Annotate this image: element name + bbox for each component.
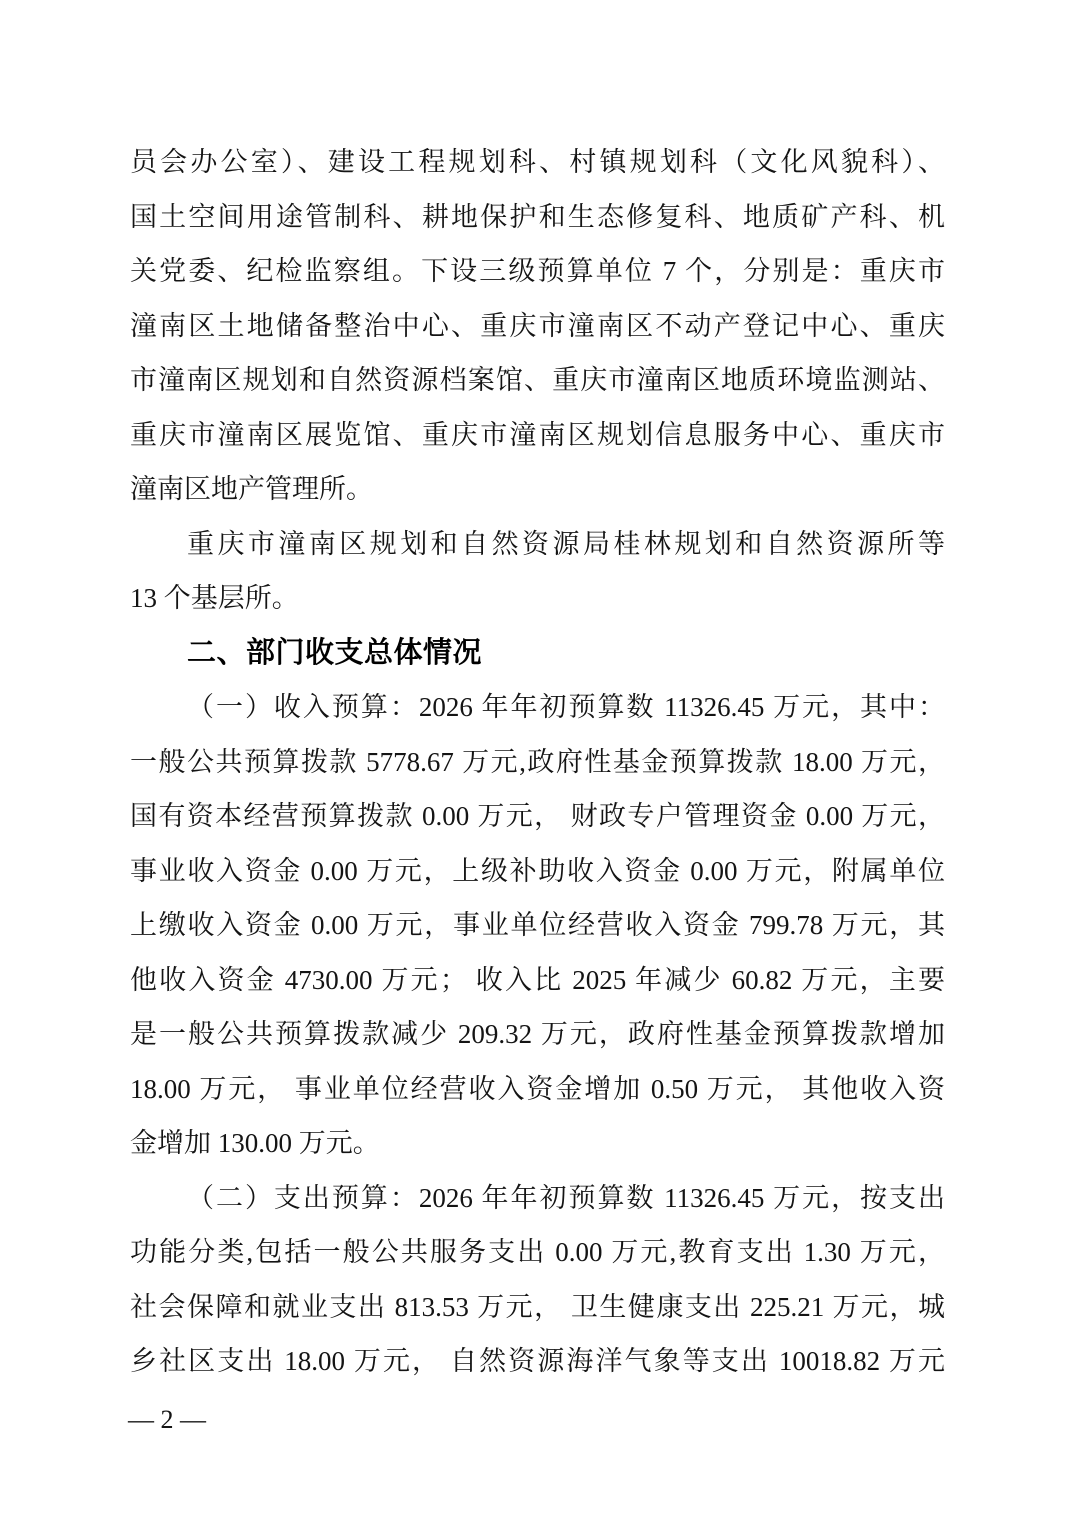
text-line: 功能分类,包括一般公共服务支出 0.00 万元,教育支出 1.30 万元， [130,1225,945,1280]
text-line: 13 个基层所。 [130,571,945,626]
text-line: 金增加 130.00 万元。 [130,1116,945,1171]
paragraph-first-line: （一）收入预算：2026 年年初预算数 11326.45 万元，其中： [130,680,945,735]
text-line: 潼南区地产管理所。 [130,462,945,517]
text-line: 关党委、纪检监察组。下设三级预算单位 7 个，分别是：重庆市 [130,244,945,299]
text-line: 市潼南区规划和自然资源档案馆、重庆市潼南区地质环境监测站、 [130,353,945,408]
text-line: 他收入资金 4730.00 万元； 收入比 2025 年减少 60.82 万元，… [130,953,945,1008]
text-line: 潼南区土地储备整治中心、重庆市潼南区不动产登记中心、重庆 [130,299,945,354]
text-line: 国有资本经营预算拨款 0.00 万元， 财政专户管理资金 0.00 万元， [130,789,945,844]
text-line: 重庆市潼南区展览馆、重庆市潼南区规划信息服务中心、重庆市 [130,408,945,463]
text-line: 员会办公室）、建设工程规划科、村镇规划科（文化风貌科）、 [130,135,945,190]
document-page: 员会办公室）、建设工程规划科、村镇规划科（文化风貌科）、 国土空间用途管制科、耕… [0,0,1074,1520]
section-heading: 二、部门收支总体情况 [130,626,945,681]
page-number: — 2 — [128,1400,206,1440]
paragraph-first-line: 重庆市潼南区规划和自然资源局桂林规划和自然资源所等 [130,517,945,572]
text-line: 18.00 万元， 事业单位经营收入资金增加 0.50 万元， 其他收入资 [130,1062,945,1117]
text-line: 是一般公共预算拨款减少 209.32 万元，政府性基金预算拨款增加 [130,1007,945,1062]
paragraph-first-line: （二）支出预算：2026 年年初预算数 11326.45 万元，按支出 [130,1171,945,1226]
text-line: 事业收入资金 0.00 万元，上级补助收入资金 0.00 万元，附属单位 [130,844,945,899]
document-body: 员会办公室）、建设工程规划科、村镇规划科（文化风貌科）、 国土空间用途管制科、耕… [130,135,945,1389]
text-line: 上缴收入资金 0.00 万元，事业单位经营收入资金 799.78 万元，其 [130,898,945,953]
text-line: 国土空间用途管制科、耕地保护和生态修复科、地质矿产科、机 [130,190,945,245]
text-line: 一般公共预算拨款 5778.67 万元,政府性基金预算拨款 18.00 万元， [130,735,945,790]
text-line: 社会保障和就业支出 813.53 万元， 卫生健康支出 225.21 万元，城 [130,1280,945,1335]
text-line: 乡社区支出 18.00 万元， 自然资源海洋气象等支出 10018.82 万元 [130,1334,945,1389]
